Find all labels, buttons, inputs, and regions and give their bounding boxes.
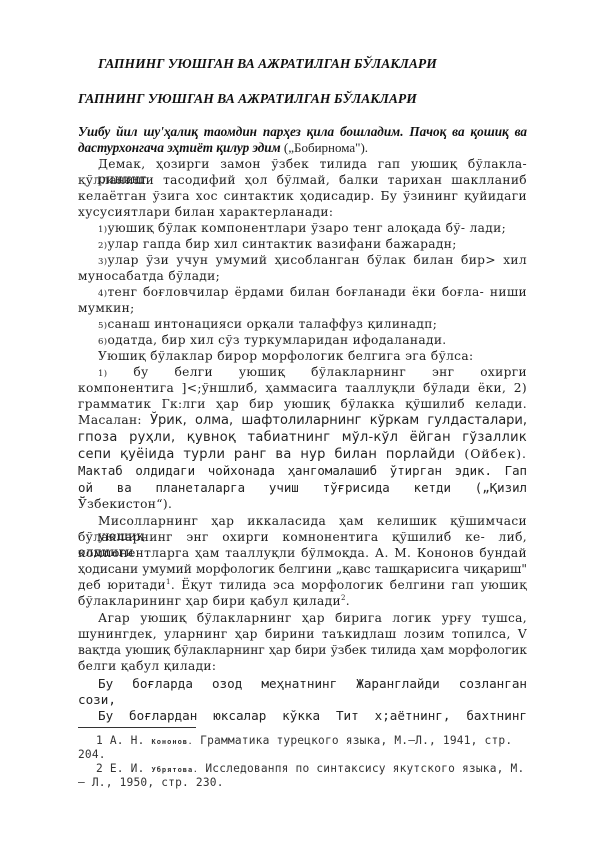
poem-line: сози, bbox=[78, 692, 527, 707]
feature-item: 2)улар гапда бир хил синтактик вазифани … bbox=[78, 237, 527, 254]
section-heading: ГАПНИНГ УЮШГАН ВА АЖРАТИЛГАН БЎЛАКЛАРИ bbox=[78, 91, 527, 106]
feature-item-cont: муносабатда бўлади; bbox=[78, 269, 527, 284]
example-line: Ўзбекистон“). bbox=[78, 497, 527, 512]
epigraph-line: дастурхонгача эҳтиёт қилур эдим („Бобирн… bbox=[78, 140, 527, 156]
document-page: ГАПНИНГ УЮШГАН ВА АЖРАТИЛГАН БЎЛАКЛАРИ Г… bbox=[0, 0, 596, 842]
paragraph-line: шунингдек, уларнинг ҳар бирини таъкидлаш… bbox=[78, 627, 527, 642]
paragraph-line: бўлакларининг ҳар бири қабул қилади2. bbox=[78, 594, 527, 609]
example-line: Мактаб олдидаги чойхонада ҳангомалашиб ў… bbox=[78, 463, 527, 478]
page-heading: ГАПНИНГ УЮШГАН ВА АЖРАТИЛГАН БЎЛАКЛАРИ bbox=[98, 56, 547, 71]
feature-item: 3)улар ўзи учун умумий ҳисобланган бўлак… bbox=[78, 253, 527, 270]
epigraph-line: Ушбу йил шу'ҳалиқ таомдин парҳез қила бо… bbox=[78, 124, 527, 139]
paragraph-line: қўлланиши тасодифий ҳол бўлмай, балки та… bbox=[78, 173, 527, 188]
epigraph-quote: дастурхонгача эҳтиёт қилур эдим bbox=[78, 140, 281, 155]
example-line: сепи қуёiида турли ранг ва нур билан пор… bbox=[78, 446, 527, 462]
epigraph-source: („Бобирнома"). bbox=[281, 140, 368, 155]
paragraph-line: компонентига ]<;ўншлиб, ҳаммасига тааллу… bbox=[78, 381, 527, 396]
poem-line: Бу боғларда озод меҳнатнинг Жаранглайди … bbox=[78, 676, 527, 691]
example-line: гпоза руҳли, қувноқ табиатнинг мўл-кўл ё… bbox=[78, 430, 527, 445]
footnote-divider bbox=[78, 727, 196, 728]
feature-item: 6)одатда, бир хил сўз туркумларидан ифод… bbox=[78, 333, 527, 350]
paragraph-line: Агар уюшиқ бўлакларнинг ҳар бирига логик… bbox=[78, 611, 527, 626]
paragraph-line: 1) бу белги уюшиқ бўлакларнинг энг охирг… bbox=[78, 365, 527, 382]
paragraph-line: хусусиятлари билан характерланади: bbox=[78, 205, 527, 220]
paragraph-line: грамматик Гк:лги ҳар бир уюшиқ бўлакка қ… bbox=[78, 397, 527, 412]
paragraph-line: белги қабул қилади: bbox=[78, 659, 527, 674]
feature-item-cont: мумкин; bbox=[78, 301, 527, 316]
paragraph-line: деб юритади1. Ёқут тилида эса морфологик… bbox=[78, 578, 527, 593]
feature-item: 1)уюшиқ бўлак компонентлари ўзаро тенг а… bbox=[78, 221, 527, 238]
footnote-cont: 204. bbox=[78, 747, 527, 762]
poem-line: Бу боғлардан юксалар кўкка Тит х;аётнинг… bbox=[78, 708, 527, 723]
paragraph-line: вақтда уюшиқ бўлакларнинг ҳар бири ўзбек… bbox=[78, 643, 527, 658]
paragraph-line: ҳодисани умумий морфологик белгини „қавс… bbox=[78, 562, 527, 577]
example-line: Масалан: Ўрик, олма, шафтолиларнинг кўрк… bbox=[78, 413, 527, 428]
footnote-cont: — Л., 1950, стр. 230. bbox=[78, 775, 527, 790]
example-line: ой ва планеталарга учиш тўғрисида кетди … bbox=[78, 480, 527, 495]
paragraph-line: Уюшиқ бўлаклар бирор морфологик белгига … bbox=[78, 349, 527, 364]
paragraph-line: компонентларга ҳам тааллуқли бўлмоқда. А… bbox=[78, 546, 527, 561]
paragraph-line: келаётган ўзига хос синтактик ҳодисадир.… bbox=[78, 189, 527, 204]
feature-item: 4)тенг боғловчилар ёрдами билан боғланад… bbox=[78, 285, 527, 302]
feature-item: 5)санаш интонацияси орқали талаффуз қили… bbox=[78, 317, 527, 334]
